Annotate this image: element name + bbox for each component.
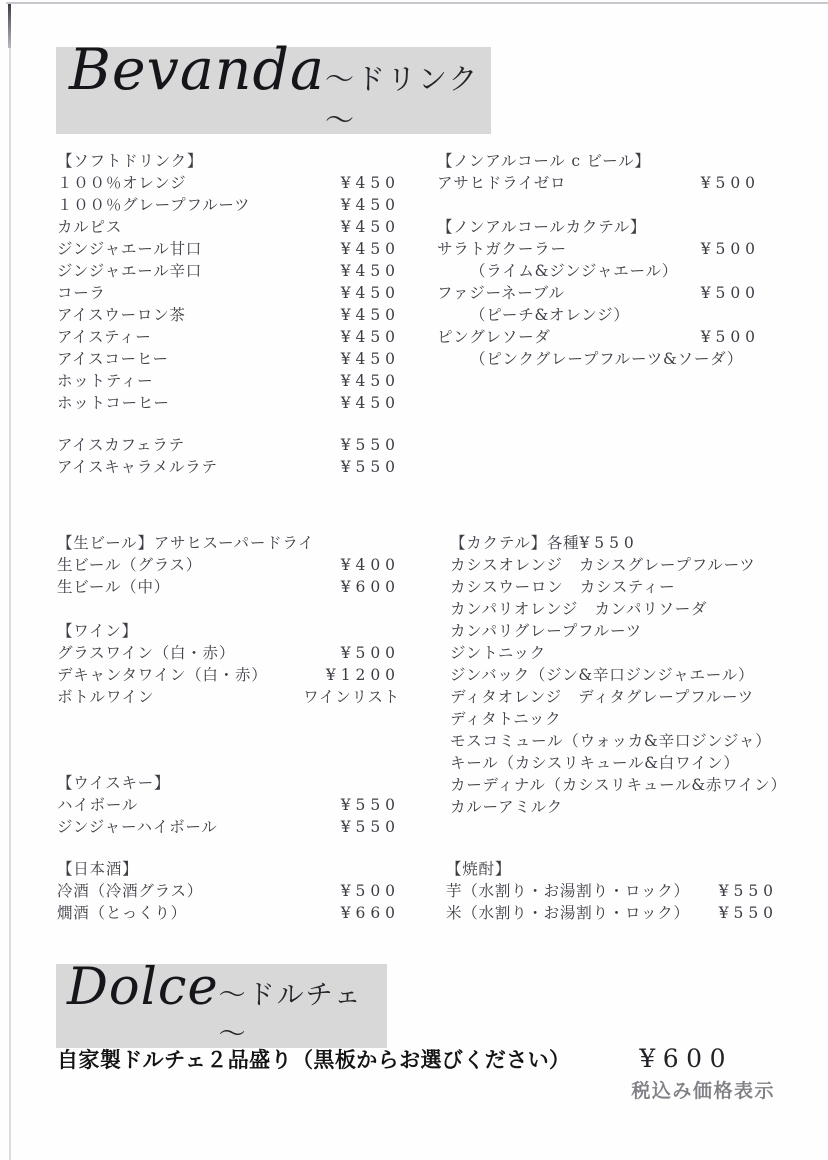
section-sake: 【日本酒】 冷酒（冷酒グラス） ¥500 燗酒（とっくり） ¥660 xyxy=(57,858,400,924)
menu-item-name: デキャンタワイン（白・赤） xyxy=(57,664,268,686)
menu-item-name: 冷酒（冷酒グラス） xyxy=(57,880,203,902)
menu-item-name: （ライム&ジンジャエール） xyxy=(437,260,678,282)
menu-item-name: 燗酒（とっくり） xyxy=(57,902,187,924)
menu-item-row: カルピス ¥450 xyxy=(57,216,400,238)
menu-item-price: ¥400 xyxy=(341,554,400,576)
menu-item-name: キール（カシスリキュール&白ワイン） xyxy=(450,752,740,774)
menu-item-price: ¥450 xyxy=(341,392,400,414)
menu-item-price: ¥500 xyxy=(701,172,760,194)
menu-item-row: カーディナル（カシスリキュール&赤ワイン） xyxy=(450,774,762,796)
menu-item-row: 燗酒（とっくり） ¥660 xyxy=(57,902,400,924)
menu-item-row: アイスティー ¥450 xyxy=(57,326,400,348)
menu-item-name: グラスワイン（白・赤） xyxy=(57,642,235,664)
menu-item-row: １００％オレンジ ¥450 xyxy=(57,172,400,194)
menu-item-name: ディタトニック xyxy=(450,708,561,730)
section-non-alc-cocktails: 【ノンアルコールカクテル】 サラトガクーラー ¥500 （ライム&ジンジャエール… xyxy=(437,216,760,370)
menu-item-row: （ピンクグレープフルーツ&ソーダ） xyxy=(437,348,760,370)
cocktails-header-label: 【カクテル】各種 xyxy=(450,534,579,552)
menu-item-row: アサヒドライゼロ ¥500 xyxy=(437,172,760,194)
menu-item-name: ディタオレンジ ディタグレープフルーツ xyxy=(450,686,754,708)
menu-item-row: ボトルワイン ワインリスト xyxy=(57,686,400,708)
menu-item-row: サラトガクーラー ¥500 xyxy=(437,238,760,260)
menu-item-name: （ピンクグレープフルーツ&ソーダ） xyxy=(437,348,743,370)
section-header: 【カクテル】各種¥550 xyxy=(450,532,762,554)
menu-item-price: ¥450 xyxy=(341,304,400,326)
menu-item-name: カンパリグレープフルーツ xyxy=(450,620,642,642)
menu-item-name: ホットコーヒー xyxy=(57,392,170,414)
menu-item-row: アイスコーヒー ¥450 xyxy=(57,348,400,370)
photo-edge-corner xyxy=(8,4,11,48)
menu-item-name: アイスコーヒー xyxy=(57,348,169,370)
menu-item-row: カンパリグレープフルーツ xyxy=(450,620,762,642)
menu-item-name: １００％グレープフルーツ xyxy=(57,194,250,216)
menu-item-name: ジンバック（ジン&辛口ジンジャエール） xyxy=(450,664,754,686)
menu-item-row: ピングレソーダ ¥500 xyxy=(437,326,760,348)
menu-item-row: ディタトニック xyxy=(450,708,762,730)
menu-item-name: カンパリオレンジ カンパリソーダ xyxy=(450,598,707,620)
menu-item-price: ¥550 xyxy=(341,456,400,478)
menu-item-row: 生ビール（グラス） ¥400 xyxy=(57,554,400,576)
section-soft-drinks: 【ソフトドリンク】 １００％オレンジ ¥450 １００％グレープフルーツ ¥45… xyxy=(57,150,400,414)
bevanda-banner-inner: Bevanda ～ドリンク～ xyxy=(69,42,491,139)
section-header: 【ソフトドリンク】 xyxy=(57,150,400,172)
menu-item-name: ホットティー xyxy=(57,370,153,392)
section-lattes: アイスカフェラテ ¥550 アイスキャラメルラテ ¥550 xyxy=(57,434,400,478)
menu-item-row: アイスウーロン茶 ¥450 xyxy=(57,304,400,326)
section-whisky: 【ウイスキー】 ハイボール ¥550 ジンジャーハイボール ¥550 xyxy=(57,772,400,838)
menu-item-row: グラスワイン（白・赤） ¥500 xyxy=(57,642,400,664)
menu-item-price: ¥550 xyxy=(719,902,778,924)
menu-item-price: ¥450 xyxy=(341,326,400,348)
menu-item-row: アイスカフェラテ ¥550 xyxy=(57,434,400,456)
menu-item-row: コーラ ¥450 xyxy=(57,282,400,304)
menu-item-row: （ライム&ジンジャエール） xyxy=(437,260,760,282)
bevanda-title: Bevanda xyxy=(69,42,325,99)
section-header: 【焼酎】 xyxy=(446,858,778,880)
menu-item-row: １００％グレープフルーツ ¥450 xyxy=(57,194,400,216)
menu-item-row: ディタオレンジ ディタグレープフルーツ xyxy=(450,686,762,708)
menu-item-name: アイスカフェラテ xyxy=(57,434,185,456)
menu-item-price: ¥500 xyxy=(701,238,760,260)
menu-item-row: ファジーネーブル ¥500 xyxy=(437,282,760,304)
section-wine: 【ワイン】 グラスワイン（白・赤） ¥500 デキャンタワイン（白・赤） ¥12… xyxy=(57,620,400,708)
menu-item-name: カルピス xyxy=(57,216,122,238)
section-header: 【生ビール】アサヒスーパードライ xyxy=(57,532,400,554)
menu-item-row: ジントニック xyxy=(450,642,762,664)
menu-item-price: ¥550 xyxy=(341,794,400,816)
menu-item-name: （ピーチ&オレンジ） xyxy=(437,304,630,326)
menu-item-price: ¥450 xyxy=(341,194,400,216)
menu-item-price: ワインリスト xyxy=(303,686,400,708)
menu-item-name: アイスウーロン茶 xyxy=(57,304,186,326)
menu-item-row: カシスオレンジ カシスグレープフルーツ xyxy=(450,554,762,576)
menu-item-row: アイスキャラメルラテ ¥550 xyxy=(57,456,400,478)
menu-item-price: ¥450 xyxy=(341,216,400,238)
menu-item-name: アイスキャラメルラテ xyxy=(57,456,218,478)
bevanda-subtitle: ～ドリンク～ xyxy=(325,57,491,139)
menu-item-price: ¥550 xyxy=(341,434,400,456)
bevanda-banner: Bevanda ～ドリンク～ xyxy=(56,47,491,134)
menu-item-name: アサヒドライゼロ xyxy=(437,172,566,194)
dolce-title: Dolce xyxy=(67,962,219,1013)
menu-item-name: カルーアミルク xyxy=(450,796,563,818)
menu-item-row: 芋（水割り・お湯割り・ロック） ¥550 xyxy=(446,880,778,902)
menu-item-name: カシスウーロン カシスティー xyxy=(450,576,675,598)
dolce-banner-inner: Dolce ～ドルチェ～ xyxy=(67,962,387,1051)
menu-item-row: （ピーチ&オレンジ） xyxy=(437,304,760,326)
menu-item-name: ジンジャエール甘口 xyxy=(57,238,202,260)
menu-item-row: ホットティー ¥450 xyxy=(57,370,400,392)
menu-item-price: ¥1200 xyxy=(326,664,400,686)
photo-edge-top xyxy=(6,2,828,4)
menu-item-row: 米（水割り・お湯割り・ロック） ¥550 xyxy=(446,902,778,924)
menu-item-row: ジンバック（ジン&辛口ジンジャエール） xyxy=(450,664,762,686)
menu-item-price: ¥550 xyxy=(341,816,400,838)
menu-item-name: カシスオレンジ カシスグレープフルーツ xyxy=(450,554,756,576)
section-shochu: 【焼酎】 芋（水割り・お湯割り・ロック） ¥550 米（水割り・お湯割り・ロック… xyxy=(446,858,778,924)
section-header: 【ノンアルコールカクテル】 xyxy=(437,216,760,238)
menu-item-name: コーラ xyxy=(57,282,106,304)
section-header: 【日本酒】 xyxy=(57,858,400,880)
menu-item-name: ジンジャエール辛口 xyxy=(57,260,202,282)
menu-item-name: ファジーネーブル xyxy=(437,282,565,304)
menu-item-price: ¥500 xyxy=(701,326,760,348)
menu-item-name: アイスティー xyxy=(57,326,152,348)
dolce-item-price: ¥600 xyxy=(639,1044,733,1073)
menu-item-name: 米（水割り・お湯割り・ロック） xyxy=(446,902,690,924)
menu-item-price: ¥600 xyxy=(341,576,400,598)
photo-edge-left xyxy=(9,4,11,1160)
menu-item-price: ¥660 xyxy=(341,902,400,924)
menu-item-name: ボトルワイン xyxy=(57,686,154,708)
menu-item-row: キール（カシスリキュール&白ワイン） xyxy=(450,752,762,774)
menu-item-price: ¥500 xyxy=(341,880,400,902)
section-cocktails: 【カクテル】各種¥550 カシスオレンジ カシスグレープフルーツ カシスウーロン… xyxy=(450,532,762,818)
cocktails-header-price: ¥550 xyxy=(579,534,638,552)
dolce-item-row: 自家製ドルチェ２品盛り（黒板からお選びください） ¥600 xyxy=(57,1044,733,1074)
menu-item-price: ¥500 xyxy=(701,282,760,304)
menu-item-name: 生ビール（グラス） xyxy=(57,554,202,576)
menu-item-name: １００％オレンジ xyxy=(57,172,186,194)
menu-item-price: ¥450 xyxy=(341,260,400,282)
menu-item-price: ¥550 xyxy=(719,880,778,902)
menu-item-row: デキャンタワイン（白・赤） ¥1200 xyxy=(57,664,400,686)
menu-item-row: モスコミュール（ウォッカ&辛口ジンジャ） xyxy=(450,730,762,752)
menu-item-row: ジンジャエール辛口 ¥450 xyxy=(57,260,400,282)
menu-item-name: ジンジャーハイボール xyxy=(57,816,218,838)
section-header: 【ワイン】 xyxy=(57,620,400,642)
menu-item-row: ジンジャエール甘口 ¥450 xyxy=(57,238,400,260)
menu-item-name: 生ビール（中） xyxy=(57,576,170,598)
menu-item-price: ¥500 xyxy=(341,642,400,664)
menu-item-name: ジントニック xyxy=(450,642,546,664)
menu-item-name: ハイボール xyxy=(57,794,138,816)
dolce-banner: Dolce ～ドルチェ～ xyxy=(56,964,387,1048)
menu-item-name: サラトガクーラー xyxy=(437,238,567,260)
dolce-item-name: 自家製ドルチェ２品盛り（黒板からお選びください） xyxy=(57,1044,570,1074)
menu-item-row: ホットコーヒー ¥450 xyxy=(57,392,400,414)
menu-item-row: カルーアミルク xyxy=(450,796,762,818)
menu-item-price: ¥450 xyxy=(341,282,400,304)
menu-item-name: モスコミュール（ウォッカ&辛口ジンジャ） xyxy=(450,730,771,752)
section-header: 【ノンアルコール c ビール】 xyxy=(437,150,760,172)
section-draft-beer: 【生ビール】アサヒスーパードライ 生ビール（グラス） ¥400 生ビール（中） … xyxy=(57,532,400,598)
menu-item-row: カシスウーロン カシスティー xyxy=(450,576,762,598)
menu-item-name: 芋（水割り・お湯割り・ロック） xyxy=(446,880,690,902)
menu-page: Bevanda ～ドリンク～ 【ソフトドリンク】 １００％オレンジ ¥450 １… xyxy=(0,0,828,1160)
menu-item-row: 冷酒（冷酒グラス） ¥500 xyxy=(57,880,400,902)
menu-item-row: カンパリオレンジ カンパリソーダ xyxy=(450,598,762,620)
menu-item-price: ¥450 xyxy=(341,238,400,260)
menu-item-price: ¥450 xyxy=(341,348,400,370)
menu-item-row: 生ビール（中） ¥600 xyxy=(57,576,400,598)
menu-item-name: ピングレソーダ xyxy=(437,326,551,348)
menu-item-row: ジンジャーハイボール ¥550 xyxy=(57,816,400,838)
menu-item-price: ¥450 xyxy=(341,370,400,392)
dolce-subtitle: ～ドルチェ～ xyxy=(219,973,387,1051)
menu-item-row: ハイボール ¥550 xyxy=(57,794,400,816)
section-header: 【ウイスキー】 xyxy=(57,772,400,794)
tax-included-note: 税込み価格表示 xyxy=(631,1076,775,1103)
menu-item-price: ¥450 xyxy=(341,172,400,194)
section-non-alc-beer: 【ノンアルコール c ビール】 アサヒドライゼロ ¥500 xyxy=(437,150,760,194)
menu-item-name: カーディナル（カシスリキュール&赤ワイン） xyxy=(450,774,787,796)
